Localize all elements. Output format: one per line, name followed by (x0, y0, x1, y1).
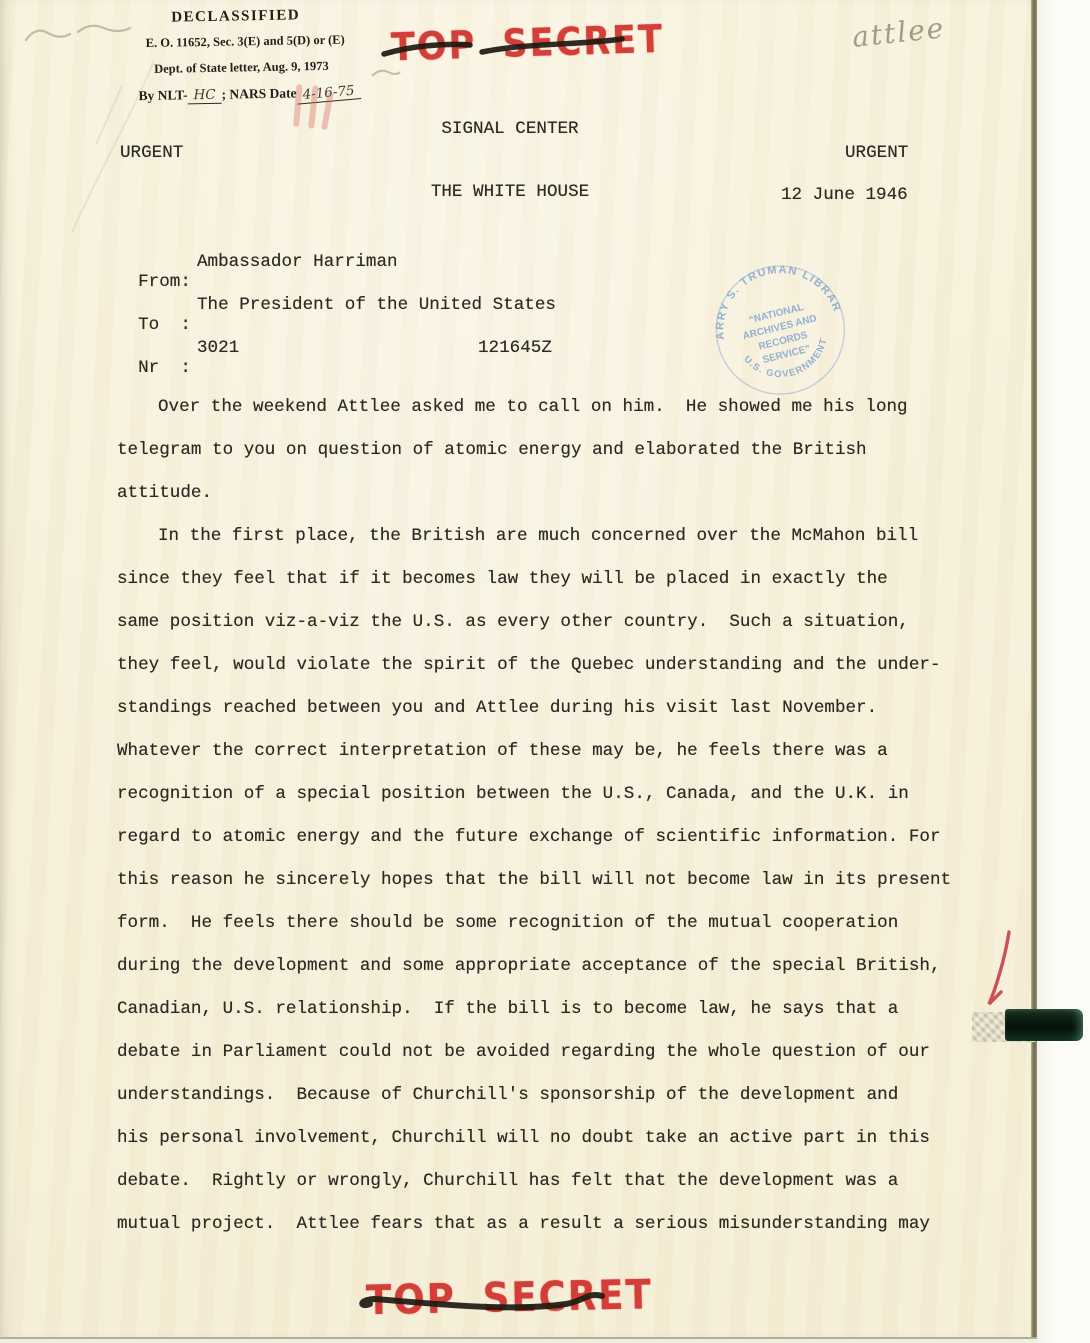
declass-line-2: E. O. 11652, Sec. 3(E) and 5(D) or (E) (146, 33, 345, 51)
by-label: By NLT- (138, 87, 187, 103)
body-line: this reason he sincerely hopes that the … (117, 870, 951, 890)
body-line: debate in Parliament could not be avoide… (117, 1042, 930, 1062)
body-line: attitude. (117, 483, 212, 503)
to-label: To : (138, 315, 191, 335)
to-value: The President of the United States (197, 295, 556, 315)
strike-mark-bottom (340, 1282, 630, 1322)
from-label: From: (138, 272, 191, 292)
red-checkmark (981, 928, 1017, 1020)
nr-label: Nr : (138, 358, 191, 378)
body-line: recognition of a special position betwee… (117, 784, 909, 804)
declass-line-3: Dept. of State letter, Aug. 9, 1973 (154, 59, 329, 77)
body-line: In the first place, the British are much… (117, 526, 918, 546)
body-line: same position viz-a-viz the U.S. as ever… (117, 612, 909, 632)
body-line: debate. Rightly or wrongly, Churchill ha… (117, 1171, 898, 1191)
body-line: since they feel that if it becomes law t… (117, 569, 888, 589)
urgent-label-right: URGENT (845, 143, 908, 163)
declass-line-1: DECLASSIFIED (171, 7, 300, 26)
letterhead: SIGNAL CENTER THE WHITE HOUSE (403, 77, 617, 224)
pencil-mark (368, 62, 402, 88)
body-line: Whatever the correct interpretation of t… (117, 741, 888, 761)
dtg-value: 121645Z (478, 338, 552, 358)
signal-center-line: SIGNAL CENTER (403, 119, 617, 140)
document-body: Over the weekend Attlee asked me to call… (117, 397, 997, 817)
body-line: Over the weekend Attlee asked me to call… (117, 397, 908, 417)
urgent-label-left: URGENT (120, 143, 183, 163)
body-line: Canadian, U.S. relationship. If the bill… (117, 999, 898, 1019)
body-line: telegram to you on question of atomic en… (117, 440, 867, 460)
date-line: 12 June 1946 (781, 185, 908, 205)
nr-value: 3021 (197, 338, 239, 358)
scanner-strip-right (1037, 0, 1090, 1343)
body-line: during the development and some appropri… (117, 956, 941, 976)
red-ink-smudge (282, 84, 348, 138)
by-initials-handwriting: HC (187, 87, 221, 105)
body-line: standings reached between you and Attlee… (117, 698, 877, 718)
body-line: form. He feels there should be some reco… (117, 913, 898, 933)
scanner-strip-bottom (0, 1337, 1037, 1343)
body-line: regard to atomic energy and the future e… (117, 827, 941, 847)
strike-marks-top (376, 28, 636, 74)
body-line: his personal involvement, Churchill will… (117, 1128, 930, 1148)
declassification-stamp: DECLASSIFIED E. O. 11652, Sec. 3(E) and … (137, 4, 389, 116)
body-line: they feel, would violate the spirit of t… (117, 655, 941, 675)
body-line: understandings. Because of Churchill's s… (117, 1085, 898, 1105)
white-house-line: THE WHITE HOUSE (403, 182, 617, 203)
from-value: Ambassador Harriman (197, 252, 398, 272)
paper-right-edge (1031, 0, 1037, 1337)
fastener-clip (1005, 1009, 1083, 1041)
body-line: mutual project. Attlee fears that as a r… (117, 1214, 930, 1234)
